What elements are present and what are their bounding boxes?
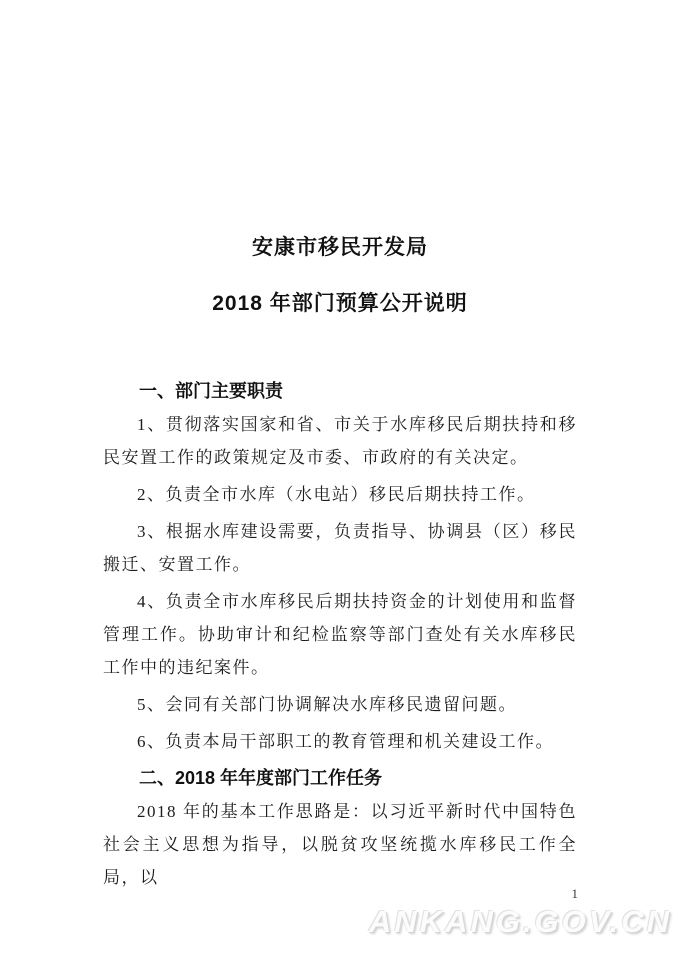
- section-heading-duties: 一、部门主要职责: [103, 375, 577, 408]
- paragraph-duty-2: 2、负责全市水库（水电站）移民后期扶持工作。: [103, 478, 577, 511]
- page-number: 1: [572, 886, 579, 902]
- section-main-duties: 一、部门主要职责 1、贯彻落实国家和省、市关于水库移民后期扶持和移民安置工作的政…: [103, 375, 577, 758]
- paragraph-duty-5: 5、会同有关部门协调解决水库移民遗留问题。: [103, 688, 577, 721]
- watermark-ankang-gov: ANKANG.GOV.CN: [369, 904, 672, 940]
- document-body: 安康市移民开发局 2018 年部门预算公开说明 一、部门主要职责 1、贯彻落实国…: [103, 233, 577, 898]
- document-page: 安康市移民开发局 2018 年部门预算公开说明 一、部门主要职责 1、贯彻落实国…: [0, 0, 680, 962]
- paragraph-duty-4: 4、负责全市水库移民后期扶持资金的计划使用和监督管理工作。协助审计和纪检监察等部…: [103, 585, 577, 684]
- document-title: 安康市移民开发局: [103, 233, 577, 263]
- paragraph-duty-1: 1、贯彻落实国家和省、市关于水库移民后期扶持和移民安置工作的政策规定及市委、市政…: [103, 408, 577, 474]
- section-2018-tasks: 二、2018 年年度部门工作任务 2018 年的基本工作思路是：以习近平新时代中…: [103, 762, 577, 894]
- paragraph-duty-3: 3、根据水库建设需要，负责指导、协调县（区）移民搬迁、安置工作。: [103, 515, 577, 581]
- document-subtitle: 2018 年部门预算公开说明: [103, 289, 577, 319]
- paragraph-tasks-intro: 2018 年的基本工作思路是：以习近平新时代中国特色社会主义思想为指导，以脱贫攻…: [103, 795, 577, 894]
- paragraph-duty-6: 6、负责本局干部职工的教育管理和机关建设工作。: [103, 725, 577, 758]
- section-heading-tasks: 二、2018 年年度部门工作任务: [103, 762, 577, 795]
